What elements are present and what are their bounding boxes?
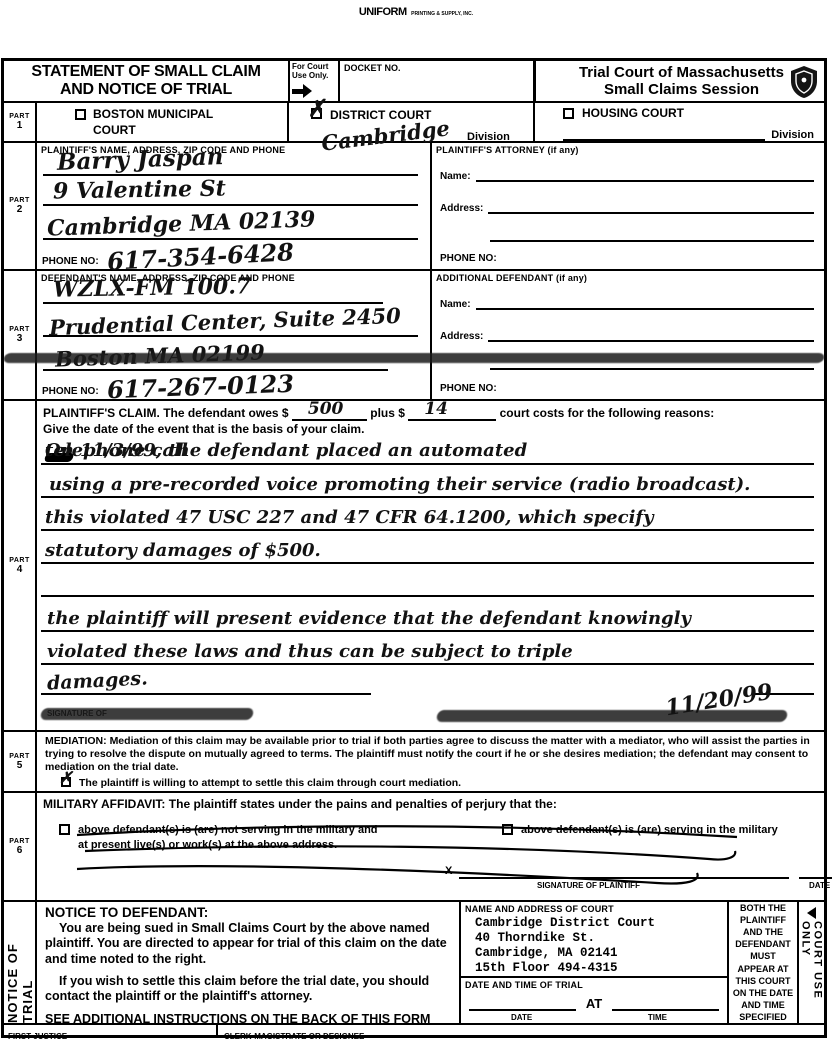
plaintiff-cell: PLAINTIFF'S NAME, ADDRESS, ZIP CODE AND … (37, 143, 432, 269)
trial-datetime-header: DATE AND TIME OF TRIAL (461, 978, 727, 992)
serving-text: above defendant(s) is (are) serving in t… (521, 823, 778, 838)
boston-municipal-cell: BOSTON MUNICIPAL COURT (37, 103, 289, 141)
part6-label: PART 6 (4, 793, 37, 900)
pointer-triangle-icon (807, 907, 816, 919)
military-heading: MILITARY AFFIDAVIT: (43, 797, 165, 811)
notice-of-trial-strip: NOTICE OF TRIAL (4, 902, 37, 1023)
part-number: 1 (17, 120, 23, 131)
defendant-address1-line[interactable]: Prudential Center, Suite 2450 (43, 335, 418, 337)
part-word: PART (9, 838, 30, 845)
part1-label: PART 1 (4, 103, 37, 141)
docket-label: DOCKET NO. (344, 63, 529, 73)
boston-label-line2: COURT (93, 123, 136, 137)
defendant-name-handwriting: WZLX-FM 100.7 (53, 273, 252, 302)
footer-row: FIRST JUSTICE CLERK-MAGISTRATE OR DESIGN… (4, 1025, 824, 1038)
district-court-cell: ✗ DISTRICT COURT Cambridge Division (289, 103, 535, 141)
form-title-line2: AND NOTICE OF TRIAL (60, 81, 232, 99)
additional-address-row: Address: (440, 331, 814, 342)
claim-give-date: Give the date of the event that is the b… (43, 422, 364, 436)
signature-redaction-left (40, 708, 255, 720)
printer-logo-main: UNIFORM (359, 6, 407, 18)
boston-municipal-checkbox[interactable] (75, 109, 86, 120)
massachusetts-seal-icon (789, 65, 819, 99)
form-title-box: STATEMENT OF SMALL CLAIM AND NOTICE OF T… (4, 61, 290, 101)
district-check-mark: ✗ (306, 95, 327, 123)
must-appear-text: BOTH THE PLAINTIFF AND THE DEFENDANT MUS… (729, 902, 797, 1023)
part4-label: PART 4 (4, 401, 37, 730)
housing-division-line[interactable] (563, 135, 765, 141)
part5-row: PART 5 MEDIATION: Mediation of this clai… (4, 732, 824, 793)
court-address-line2: 40 Thorndike St. (475, 931, 727, 946)
trial-date-label: DATE (511, 1013, 532, 1022)
part-word: PART (9, 113, 30, 120)
claim-cell: PLAINTIFF'S CLAIM. The defendant owes $ … (37, 401, 824, 730)
part-word: PART (9, 753, 30, 760)
additional-name-row: Name: (440, 299, 814, 310)
attorney-header: PLAINTIFF'S ATTORNEY (if any) (432, 143, 824, 157)
claim-text-2: using a pre-recorded voice promoting the… (49, 474, 750, 495)
additional-address2-row (490, 365, 814, 370)
additional-address2-line[interactable] (490, 365, 814, 370)
plaintiff-address1-handwriting: 9 Valentine St (53, 175, 226, 204)
affidavit-date-line[interactable] (799, 877, 832, 879)
docket-box[interactable]: DOCKET NO. (340, 61, 536, 101)
claim-text-7: violated these laws and thus can be subj… (47, 641, 573, 662)
not-serving-checkbox[interactable] (59, 824, 70, 835)
court-use-label: For Court Use Only. (292, 63, 336, 81)
claim-line-6[interactable]: the plaintiff will present evidence that… (41, 630, 814, 632)
additional-address-line[interactable] (488, 337, 814, 342)
trial-court-line2: Small Claims Session (579, 81, 784, 98)
trial-datetime-box: DATE AND TIME OF TRIAL AT DATE TIME (461, 978, 727, 1023)
ink-smudge (3, 353, 825, 363)
military-heading-rest: The plaintiff states under the pains and… (169, 797, 557, 811)
claim-text-3: this violated 47 USC 227 and 47 CFR 64.1… (45, 507, 654, 528)
claim-line-7[interactable]: violated these laws and thus can be subj… (41, 663, 814, 665)
plaintiff-address2-handwriting: Cambridge MA 02139 (47, 206, 316, 241)
court-info-column: NAME AND ADDRESS OF COURT Cambridge Dist… (461, 902, 729, 1023)
signature-x-label: X (445, 865, 452, 877)
attorney-name-line[interactable] (476, 177, 814, 182)
part1-row: PART 1 BOSTON MUNICIPAL COURT ✗ DISTRICT… (4, 103, 824, 143)
claim-costs-handwriting: 14 (424, 398, 448, 421)
attorney-address2-row (490, 237, 814, 242)
plaintiff-signature-label: SIGNATURE OF PLAINTIFF (537, 881, 640, 890)
part5-label: PART 5 (4, 732, 37, 791)
additional-address-label: Address: (440, 331, 483, 342)
additional-defendant-cell: ADDITIONAL DEFENDANT (if any) Name: Addr… (432, 271, 824, 399)
defendant-phone-handwriting: 617-267-0123 (106, 369, 294, 405)
claim-line-5[interactable] (41, 595, 814, 597)
claim-text-4: statutory damages of $500. (45, 540, 321, 561)
part-number: 5 (17, 760, 23, 771)
notice-heading: NOTICE TO DEFENDANT: (45, 905, 451, 920)
plaintiff-attorney-cell: PLAINTIFF'S ATTORNEY (if any) Name: Addr… (432, 143, 824, 269)
attorney-address-line[interactable] (488, 209, 814, 214)
first-justice-cell: FIRST JUSTICE (4, 1025, 218, 1038)
additional-phone-label: PHONE NO: (440, 383, 497, 394)
part4-row: PART 4 PLAINTIFF'S CLAIM. The defendant … (4, 401, 824, 732)
claim-plus-text: plus $ (370, 406, 405, 420)
trial-court-line1: Trial Court of Massachusetts (579, 64, 784, 81)
additional-name-line[interactable] (476, 305, 814, 310)
part3-row: PART 3 DEFENDANT'S NAME, ADDRESS, ZIP CO… (4, 271, 824, 401)
claim-owes-text: The defendant owes $ (163, 406, 288, 420)
attorney-address-row: Address: (440, 203, 814, 214)
attorney-phone-row: PHONE NO: (440, 248, 497, 266)
clerk-magistrate-label: CLERK-MAGISTRATE OR DESIGNEE (224, 1032, 364, 1040)
attorney-phone-label: PHONE NO: (440, 253, 497, 264)
trial-time-line[interactable] (612, 1005, 719, 1011)
additional-phone-row: PHONE NO: (440, 378, 497, 396)
plaintiff-address1-line[interactable]: 9 Valentine St (43, 204, 418, 206)
plaintiff-signature-line[interactable] (459, 877, 789, 879)
claim-line-1[interactable]: On 11/3/99, the defendant placed an auto… (41, 463, 814, 465)
mediation-check-mark: ✗ (59, 768, 72, 787)
claim-line-4[interactable]: statutory damages of $500. (41, 562, 814, 564)
claim-amount-line[interactable]: 500 (292, 406, 367, 421)
trial-time-label: TIME (648, 1013, 667, 1022)
trial-date-line[interactable] (469, 1005, 576, 1011)
signature-redaction-right (436, 710, 789, 722)
housing-court-checkbox[interactable] (563, 108, 574, 119)
printer-logo-sub: PRINTING & SUPPLY, INC. (411, 11, 473, 17)
claim-line-2[interactable]: using a pre-recorded voice promoting the… (41, 496, 814, 498)
attorney-name-row: Name: (440, 171, 814, 182)
court-address-box: NAME AND ADDRESS OF COURT Cambridge Dist… (461, 902, 727, 978)
housing-court-label: HOUSING COURT (582, 106, 684, 120)
part-number: 2 (17, 204, 23, 215)
defendant-address1-handwriting: Prudential Center, Suite 2450 (49, 303, 401, 340)
clerk-magistrate-cell: CLERK-MAGISTRATE OR DESIGNEE (218, 1025, 824, 1038)
claim-text-1b: telephone call (45, 440, 188, 461)
notice-of-trial-vertical-label: NOTICE OF TRIAL (5, 902, 35, 1023)
military-option1: above defendant(s) is (are) not serving … (59, 823, 379, 853)
serving-checkbox[interactable] (502, 824, 513, 835)
court-address-line1: Cambridge District Court (475, 916, 727, 931)
court-use-only-strip: COURT USE ONLY (799, 902, 824, 1023)
notice-to-defendant-cell: NOTICE TO DEFENDANT: You are being sued … (37, 902, 461, 1023)
part6-row: PART 6 MILITARY AFFIDAVIT: The plaintiff… (4, 793, 824, 902)
division-label: Division (467, 131, 510, 143)
mediation-checkbox-text: The plaintiff is willing to attempt to s… (79, 777, 461, 789)
court-use-only-vertical-label: COURT USE ONLY (800, 921, 824, 1023)
mediation-body: Mediation of this claim may be available… (45, 735, 810, 773)
form-title-line1: STATEMENT OF SMALL CLAIM (31, 63, 260, 81)
additional-defendant-header: ADDITIONAL DEFENDANT (if any) (432, 271, 824, 285)
attorney-address2-line[interactable] (490, 237, 814, 242)
part-word: PART (9, 197, 30, 204)
header-row: STATEMENT OF SMALL CLAIM AND NOTICE OF T… (4, 61, 824, 103)
additional-name-label: Name: (440, 299, 471, 310)
plaintiff-phone-label: PHONE NO: (42, 256, 99, 267)
notice-para2: If you wish to settle this claim before … (45, 974, 451, 1005)
trial-court-box: Trial Court of Massachusetts Small Claim… (539, 61, 824, 101)
claim-amount-handwriting: 500 (308, 398, 344, 421)
part3-label: PART 3 (4, 271, 37, 399)
claim-line-8[interactable]: damages. (41, 693, 371, 695)
arrow-stem (292, 89, 303, 94)
court-address-line3: Cambridge, MA 02141 (475, 946, 727, 961)
part-word: PART (9, 326, 30, 333)
trial-at-label: AT (586, 996, 602, 1011)
affidavit-date-label: DATE (809, 881, 830, 890)
defendant-cell: DEFENDANT'S NAME, ADDRESS, ZIP CODE AND … (37, 271, 432, 399)
claim-line-3[interactable]: this violated 47 USC 227 and 47 CFR 64.1… (41, 529, 814, 531)
defendant-name-line[interactable]: WZLX-FM 100.7 (43, 302, 383, 304)
claim-heading: PLAINTIFF'S CLAIM. (43, 406, 160, 420)
notice-para1: You are being sued in Small Claims Court… (45, 921, 451, 967)
division-label: Division (771, 129, 814, 141)
military-cell: MILITARY AFFIDAVIT: The plaintiff states… (37, 793, 824, 900)
defendant-phone-label: PHONE NO: (42, 386, 99, 397)
part2-label: PART 2 (4, 143, 37, 269)
form-frame: STATEMENT OF SMALL CLAIM AND NOTICE OF T… (1, 58, 827, 1038)
part-number: 4 (17, 564, 23, 575)
not-serving-text: above defendant(s) is (are) not serving … (78, 823, 379, 853)
claim-costs-rest: court costs for the following reasons: (500, 406, 715, 420)
part-number: 3 (17, 333, 23, 344)
attorney-name-label: Name: (440, 171, 471, 182)
mediation-cell: MEDIATION: Mediation of this claim may b… (37, 732, 824, 791)
claim-text-8: damages. (46, 667, 148, 694)
part-word: PART (9, 557, 30, 564)
boston-label-line1: BOSTON MUNICIPAL (93, 107, 213, 121)
plaintiff-name-line[interactable]: Barry Jaspan (43, 174, 418, 176)
mediation-heading: MEDIATION: (45, 735, 107, 747)
small-claim-form-scan: UNIFORM PRINTING & SUPPLY, INC. STATEMEN… (0, 0, 832, 1040)
court-address-line4: 15th Floor 494-4315 (475, 961, 727, 976)
claim-costs-line[interactable]: 14 (408, 406, 496, 421)
part-number: 6 (17, 845, 23, 856)
plaintiff-name-handwriting: Barry Jaspan (57, 143, 224, 176)
bottom-row: NOTICE OF TRIAL NOTICE TO DEFENDANT: You… (4, 902, 824, 1025)
attorney-address-label: Address: (440, 203, 483, 214)
military-option2: above defendant(s) is (are) serving in t… (502, 823, 782, 838)
court-address-header: NAME AND ADDRESS OF COURT (461, 902, 727, 916)
claim-text-6: the plaintiff will present evidence that… (47, 608, 691, 629)
part2-row: PART 2 PLAINTIFF'S NAME, ADDRESS, ZIP CO… (4, 143, 824, 271)
must-appear-column: BOTH THE PLAINTIFF AND THE DEFENDANT MUS… (729, 902, 799, 1023)
housing-court-cell: HOUSING COURT Division (535, 103, 824, 141)
printer-logo: UNIFORM PRINTING & SUPPLY, INC. (0, 2, 832, 20)
first-justice-label: FIRST JUSTICE (8, 1032, 67, 1040)
